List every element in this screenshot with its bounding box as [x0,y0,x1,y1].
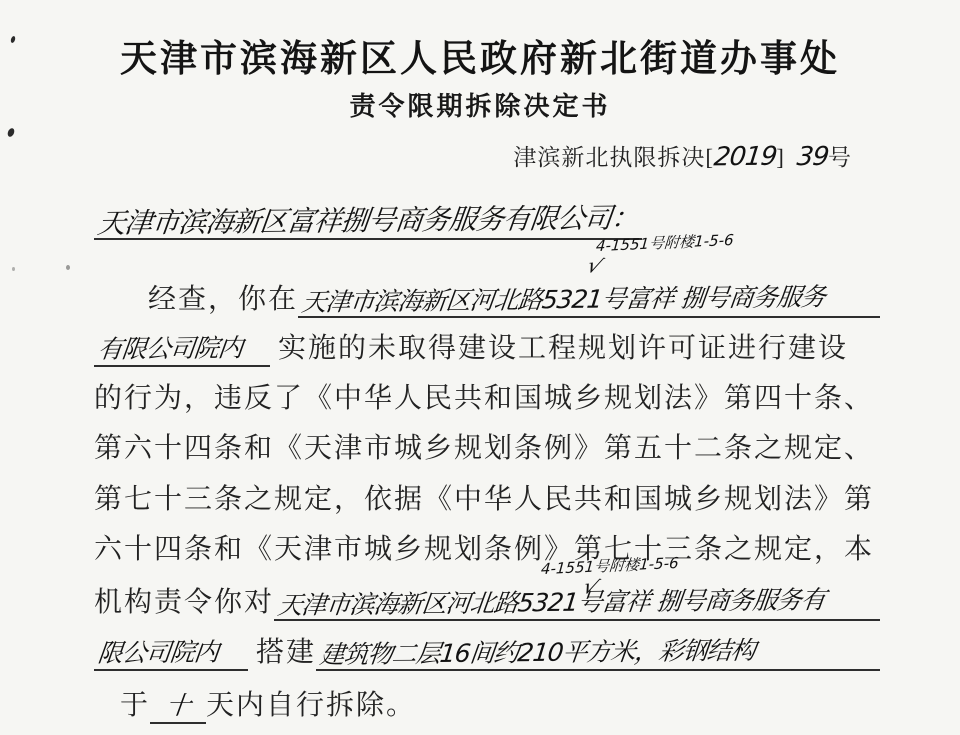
body-intro-text: 经查，你在 [148,282,298,317]
blank-location-1: 天津市滨海新区河北路5321号富祥 捌号商务服务 [298,287,880,318]
location-handwritten-2b: 限公司院内 [96,639,219,667]
body-line-9-suffix: 天内自行拆除。 [206,688,416,723]
blank-location-2-continued: 限公司院内 [94,640,248,671]
insertion-caret-1: √ [583,253,606,278]
scan-speck [6,127,15,138]
doc-subtitle: 责令限期拆除决定书 [0,86,960,123]
body-line-2: 有限公司院内 实施的未取得建设工程规划许可证进行建设 [94,331,880,367]
recipient-blank: 天津市滨海新区富祥捌号商务服务有限公司： [94,206,642,240]
insert-annotation-1-text: 4-1551号附楼1-5-6 [595,233,734,255]
insert-annotation-2-text: 4-1551号附楼1-5-6 [540,556,679,578]
body-line-6: 六十四条和《天津市城乡规划条例》第七十三条之规定，本 [94,532,880,567]
blank-location-2: 天津市滨海新区河北路5321号富祥 捌号商务服务有 [274,590,880,621]
doc-number-year-handwritten: 2019 [712,144,777,172]
doc-number-prefix: 津滨新北执限拆决[ [513,144,714,173]
scanned-document: 天津市滨海新区人民政府新北街道办事处 责令限期拆除决定书 津滨新北执限拆决[ 2… [0,0,960,735]
body-line-5-text: 第七十三条之规定，依据《中华人民共和国城乡规划法》第 [94,482,874,517]
scan-speck [12,267,15,271]
body-line-9-prefix: 于 [120,688,150,723]
body-line-1: 经查，你在 天津市滨海新区河北路5321号富祥 捌号商务服务 [94,282,880,318]
location-handwritten-2a: 天津市滨海新区河北路5321号富祥 捌号商务服务有 [276,587,826,619]
blank-deadline-days: 十 [150,693,206,724]
body-line-2-text: 实施的未取得建设工程规划许可证进行建设 [278,331,848,366]
body-line-4: 第六十四条和《天津市城乡规划条例》第五十二条之规定、 [94,431,880,466]
body-line-8-mid-text: 搭建 [256,635,316,670]
insert-annotation-1: 4-1551号附楼1-5-6 [596,233,734,256]
body-line-7-text: 机构责令你对 [94,585,274,620]
body-line-7: 机构责令你对 天津市滨海新区河北路5321号富祥 捌号商务服务有 [94,585,880,621]
deadline-days-handwritten: 十 [165,693,192,720]
blank-structure-description: 建筑物二层16间约210平方米，彩钢结构 [316,640,880,671]
recipient-name-handwritten: 天津市滨海新区富祥捌号商务服务有限公司： [96,203,640,238]
location-handwritten-1a: 天津市滨海新区河北路5321号富祥 捌号商务服务 [300,284,826,316]
recipient-line: 天津市滨海新区富祥捌号商务服务有限公司： [94,206,880,240]
doc-number-serial-handwritten: 39 [795,144,829,172]
blank-location-1-continued: 有限公司院内 [94,336,270,367]
scan-speck [66,265,70,270]
body-line-5: 第七十三条之规定，依据《中华人民共和国城乡规划法》第 [94,482,880,517]
body-line-3: 的行为，违反了《中华人民共和国城乡规划法》第四十条、 [94,381,880,416]
body-line-3-text: 的行为，违反了《中华人民共和国城乡规划法》第四十条、 [94,381,874,416]
doc-number: 津滨新北执限拆决[ 2019 ] 39 号 [513,144,852,173]
location-handwritten-1b: 有限公司院内 [96,335,243,363]
page-title: 天津市滨海新区人民政府新北街道办事处 [0,28,960,82]
body-line-8: 限公司院内 搭建 建筑物二层16间约210平方米，彩钢结构 [94,635,880,671]
structure-description-handwritten: 建筑物二层16间约210平方米，彩钢结构 [318,638,756,669]
body-line-4-text: 第六十四条和《天津市城乡规划条例》第五十二条之规定、 [94,431,874,466]
body-line-6-text: 六十四条和《天津市城乡规划条例》第七十三条之规定，本 [94,532,874,567]
insert-annotation-2: 4-1551号附楼1-5-6 [541,556,679,579]
doc-number-suffix: 号 [828,144,852,173]
body-line-9: 于 十 天内自行拆除。 [120,688,416,724]
doc-number-bracket-close: ] [776,144,785,173]
